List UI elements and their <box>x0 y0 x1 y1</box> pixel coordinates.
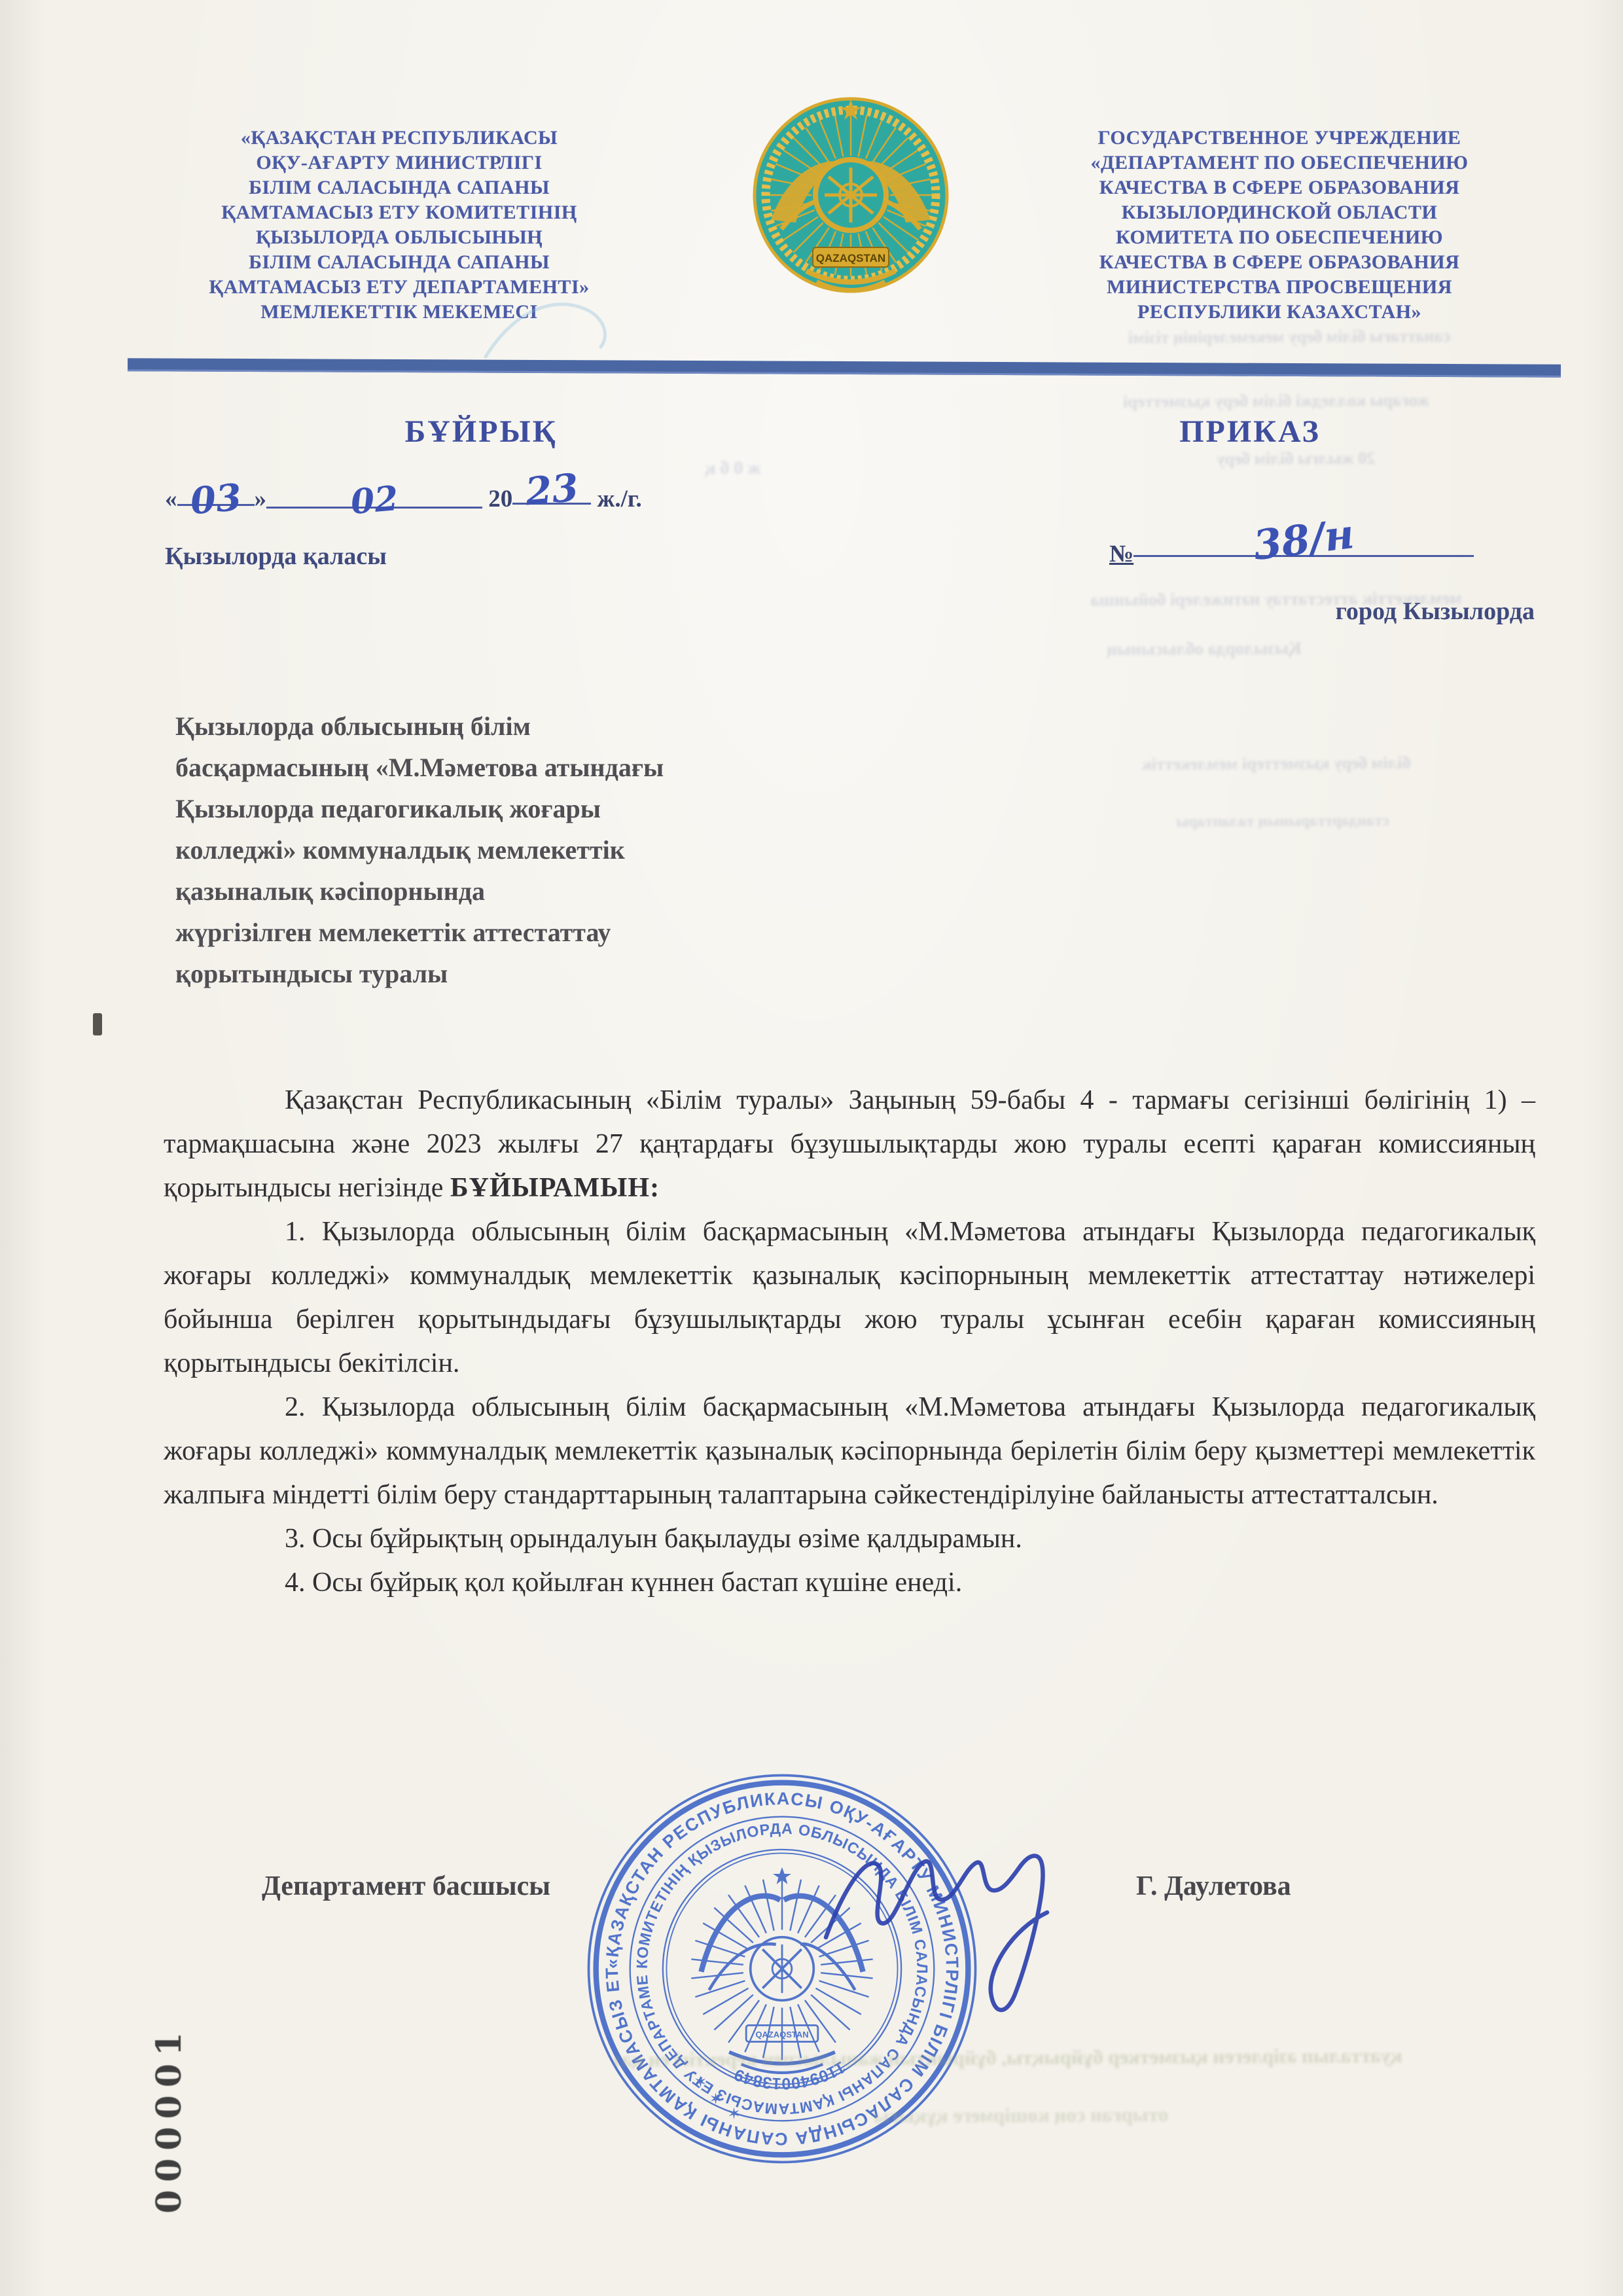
page-number-stamp: 000001 <box>149 2030 188 2214</box>
bleed-through-text: мемлекеттік аттестаттау нәтижелері бойын… <box>936 587 1616 611</box>
bleed-through-text: қуатталып әзірлеген қызметкер бұйрықты, … <box>406 2043 1610 2073</box>
bleed-through-text: стандарттарының талаптары <box>1060 812 1505 832</box>
bleed-through-text: білім беру қызметтері мемлекеттік <box>982 753 1571 776</box>
bleed-through-text: Қызылорда облысының <box>1021 638 1387 660</box>
bleed-through-text: ж 0 б қ <box>504 457 962 480</box>
bleed-through-text: жоғары колледжі білім беру қызметтері <box>1021 390 1531 412</box>
bleed-through-text: 20 жылғы білім беру <box>1113 448 1479 470</box>
bleed-through-text: отырған соң көшірмеге құқығы <box>772 2102 1270 2128</box>
bleed-through-text: санаттағы білім беру мекемелерінің тізім… <box>1047 326 1531 348</box>
bleed-through-layer: санаттағы білім беру мекемелерінің тізім… <box>0 0 1623 2296</box>
